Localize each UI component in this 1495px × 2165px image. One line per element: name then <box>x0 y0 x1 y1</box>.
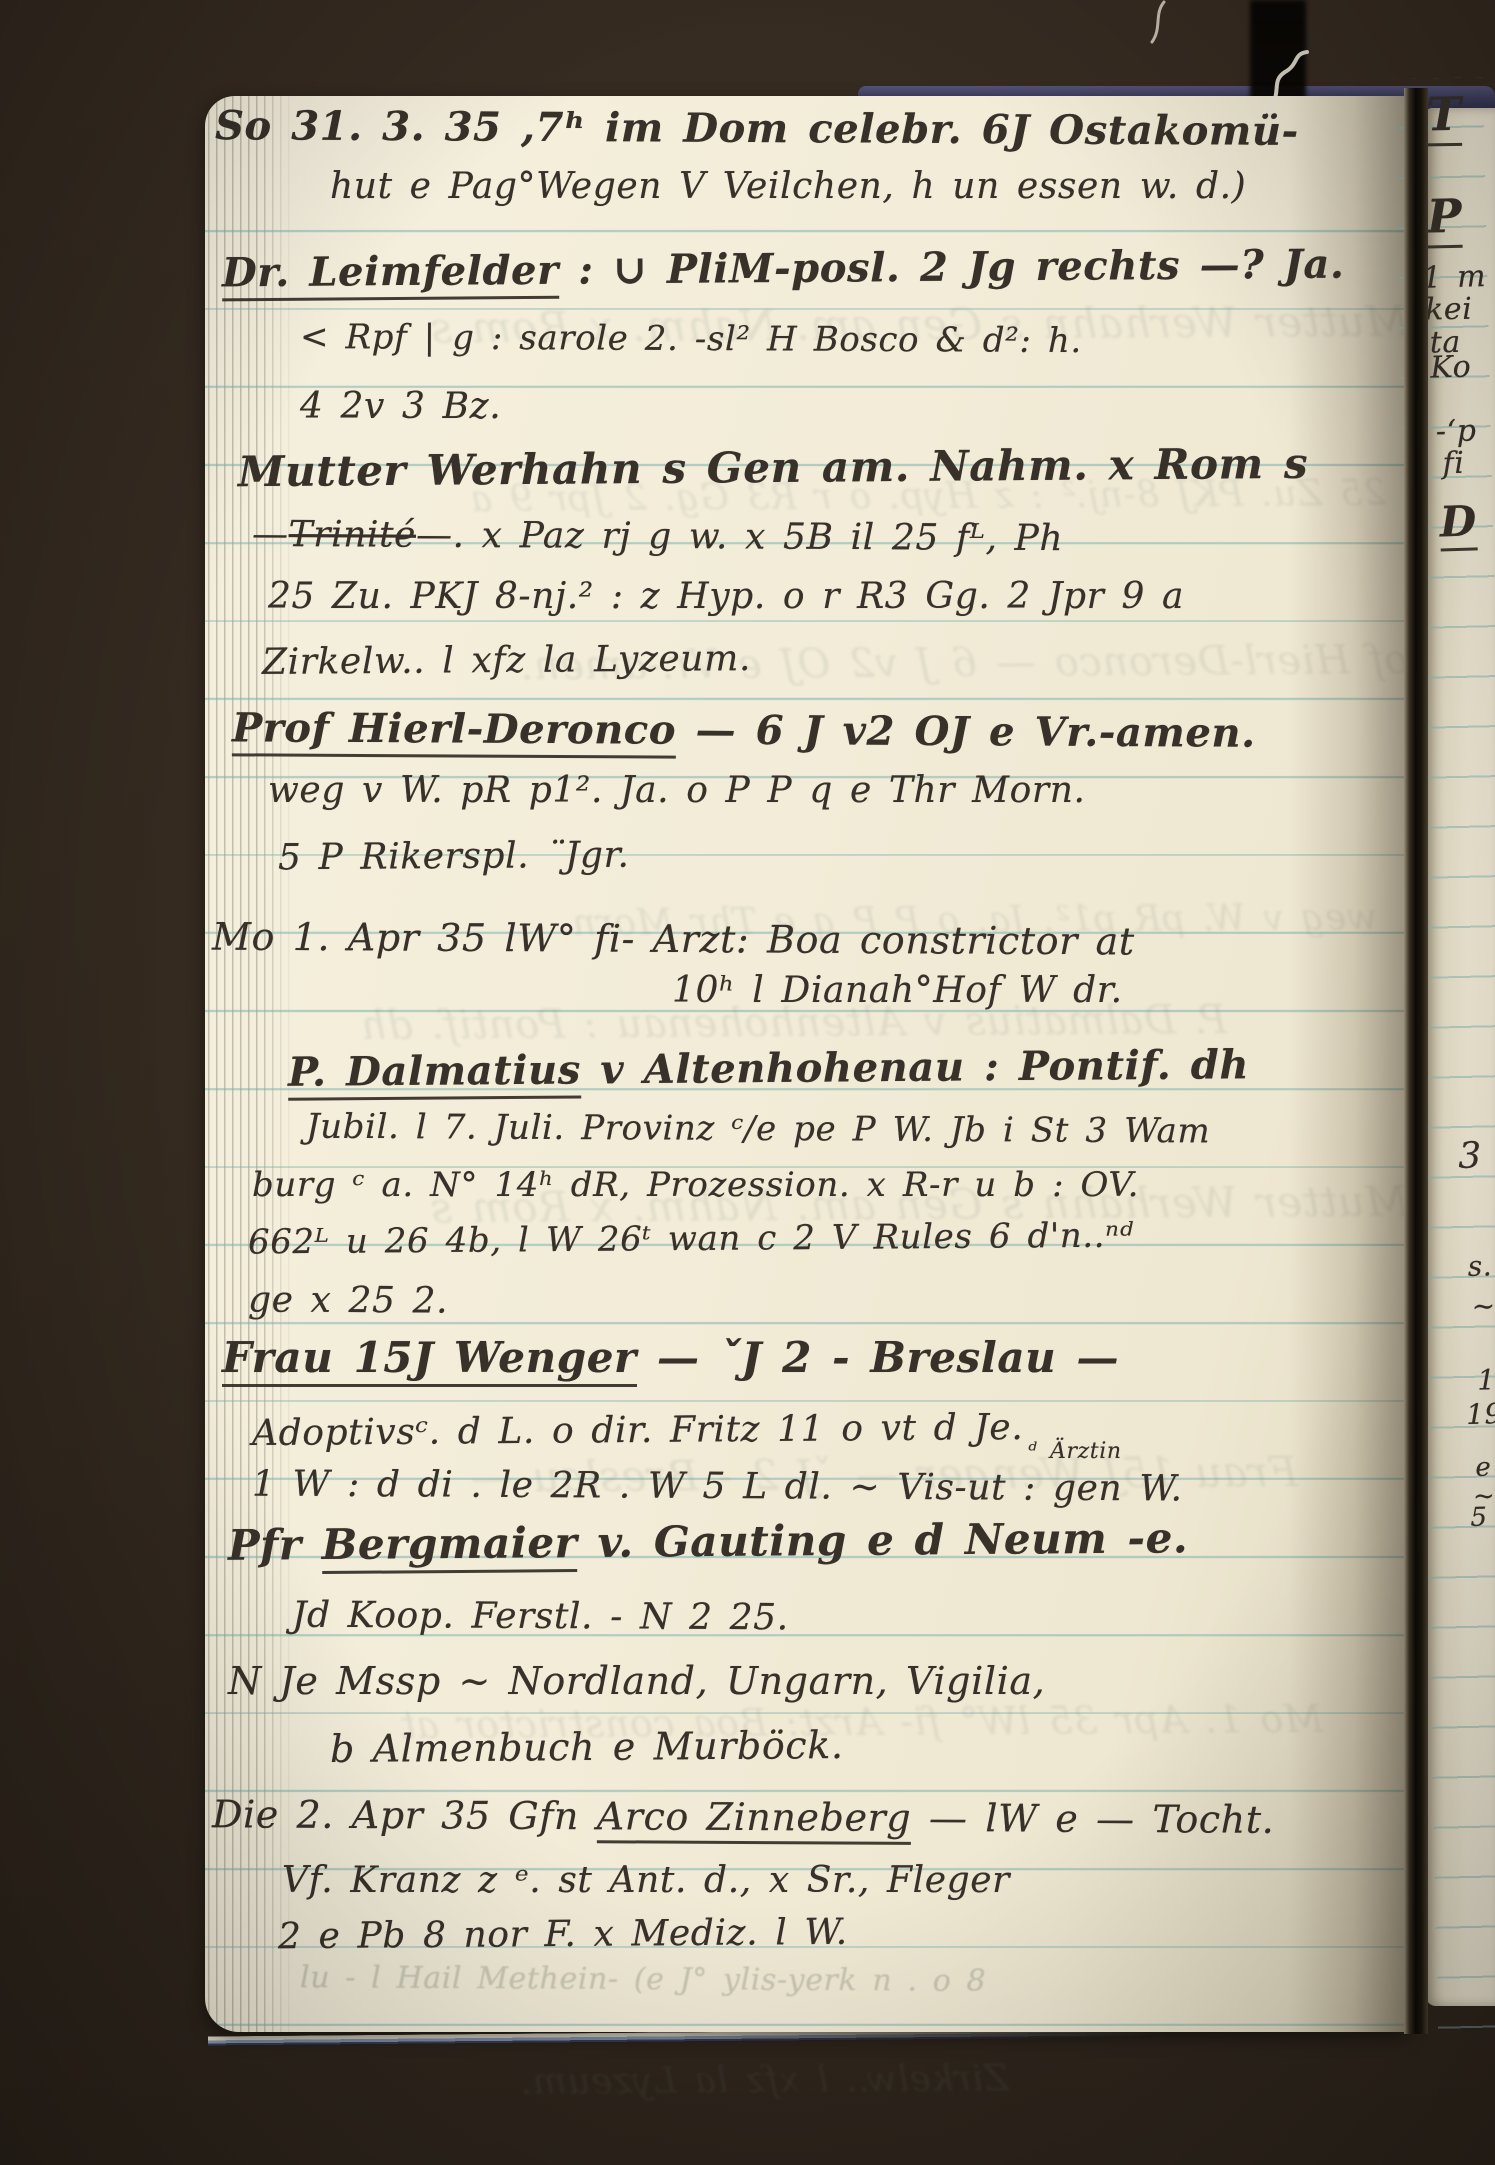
handwriting-text: v Altenhohenau : Pontif. dh <box>581 1041 1250 1093</box>
handwriting-text: 1 m <box>1422 259 1487 296</box>
handwriting-text: : ∪ PliM-posl. 2 Jg rechts —? Ja. <box>559 241 1345 294</box>
handwriting-text: weg v W. pR p1². Ja. o P P q e Thr Morn. <box>268 770 1086 811</box>
handwriting-line: burg ᶜ a. N° 14ʰ dR, Prozession. x R-r u… <box>252 1168 1139 1204</box>
handwriting-line: Mo 1. Apr 35 lW° fi- Arzt: Boa constrict… <box>212 918 1135 963</box>
handwriting-text: Jd Koop. Ferstl. - N 2 25. <box>292 1595 789 1639</box>
handwriting-line: Dr. Leimfelder : ∪ PliM-posl. 2 Jg recht… <box>222 244 1345 295</box>
handwriting-text: 2 e Pb 8 nor F. x Mediz. l W. <box>278 1912 848 1957</box>
page-gutter-shadow <box>1404 88 1428 2034</box>
handwriting-text: s. <box>1467 1249 1492 1283</box>
handwriting-line: Pfr Bergmaier v. Gauting e d Neum -e. <box>228 1516 1188 1568</box>
handwriting-text: Pfr <box>228 1520 322 1570</box>
facing-page-fragment: 1 m <box>1422 261 1487 294</box>
handwriting-text: Die 2. Apr 35 Gfn <box>212 1792 597 1838</box>
facing-page-fragment: s. <box>1467 1251 1492 1281</box>
handwriting-text: — <box>252 514 289 555</box>
handwriting-line: Zirkelw.. l xfz la Lyzeum. <box>262 640 751 682</box>
handwriting-line: Prof Hierl-Deronco — 6 J v2 OJ e Vr.-ame… <box>232 707 1256 754</box>
handwriting-text: hut e Pag°Wegen V Veilchen, h un essen w… <box>330 166 1246 207</box>
stacked-sheet-edges <box>205 96 299 2032</box>
facing-page-fragment: -ʻp <box>1436 416 1477 448</box>
handwriting-line: 10ʰ l Dianah°Hof W dr. <box>672 972 1123 1010</box>
facing-page-fragment: 5 r <box>1470 1504 1495 1532</box>
handwriting-text: v. Gauting e d Neum -e. <box>577 1513 1188 1567</box>
handwriting-line: N Je Mssp ~ Nordland, Ungarn, Vigilia, <box>228 1662 1045 1702</box>
handwriting-text: 5 P Rikerspl. ¨Jgr. <box>278 835 630 879</box>
handwriting-line: lu - l Hail Methein- (e J° ylis-yerk n .… <box>300 1962 986 1997</box>
facing-page-fragment: Ko <box>1430 351 1472 384</box>
underlined-name: Prof Hierl-Deronco <box>232 704 676 758</box>
handwriting-text: < Rpf | g : sarole 2. -sl² H Bosco & d²:… <box>300 317 1082 361</box>
handwriting-line: 1 W : d di . le 2R . W 5 L dl. ~ Vis-ut … <box>252 1466 1183 1509</box>
handwriting-text: 662ᴸ u 26 4b, l W 26ᵗ wan c 2 V Rules 6 … <box>248 1216 1134 1263</box>
handwriting-text: ge x 25 2. <box>248 1279 448 1321</box>
handwriting-text: Adoptivsᶜ. d L. o dir. Fritz 11 o vt d J… <box>252 1407 1024 1454</box>
page-curl-shadow <box>1288 96 1408 2032</box>
underlined-name: P <box>1426 189 1463 249</box>
facing-page-fragment: D <box>1439 499 1477 544</box>
handwriting-line: So 31. 3. 35 ,7ʰ im Dom celebr. 6J Ostak… <box>215 105 1299 153</box>
handwriting-text: — 6 J v2 OJ e Vr.-amen. <box>676 707 1256 757</box>
facing-page-fragment: T <box>1426 90 1462 139</box>
handwriting-line: Mutter Werhahn s Gen am. Nahm. x Rom s <box>238 442 1308 494</box>
facing-page-fragment: e n <box>1475 1454 1495 1483</box>
handwriting-text: kei <box>1425 292 1473 328</box>
facing-page-handwriting: TP1 mkeitaKo-ʻpfiD3 -s.~1019e n~15 r <box>1394 77 1483 79</box>
handwriting-text: Mutter Werhahn s Gen am. Nahm. x Rom s <box>238 439 1309 496</box>
handwriting-line: Jd Koop. Ferstl. - N 2 25. <box>292 1597 789 1637</box>
struck-word: Trinité <box>289 514 417 556</box>
handwriting-line: Jubil. l 7. Juli. Provinz ᶜ/e pe P W. Jb… <box>306 1110 1211 1150</box>
handwriting-text: — lW e — Tocht. <box>911 1796 1274 1842</box>
facing-page-sliver: TP1 mkeitaKo-ʻpfiD3 -s.~1019e n~15 r <box>1426 108 1495 2006</box>
underlined-name: D <box>1439 496 1478 551</box>
handwriting-text: ᵈ Ärztin <box>1028 1439 1122 1464</box>
handwriting-text: 19 <box>1466 1397 1495 1431</box>
handwriting-line: ge x 25 2. <box>248 1281 448 1320</box>
handwriting-line: 2 e Pb 8 nor F. x Mediz. l W. <box>278 1914 848 1956</box>
handwriting-text: —. x Paz rj g w. x 5B il 25 fᴸ, Ph <box>416 515 1063 559</box>
facing-page-fragment: 10 <box>1477 1365 1495 1395</box>
handwriting-text: 25 Zu. PKJ 8-nj.² : z Hyp. o r R3 Gg. 2 … <box>268 576 1184 617</box>
handwriting-text: b Almenbuch e Murböck. <box>330 1723 844 1771</box>
handwriting-line: hut e Pag°Wegen V Veilchen, h un essen w… <box>330 168 1246 206</box>
handwriting-text: 4 2v 3 Bz. <box>300 386 501 427</box>
underlined-name: T <box>1426 87 1462 147</box>
handwriting-text: — ˇJ 2 - Breslau — <box>637 1333 1119 1382</box>
handwriting-line: Vf. Kranz z ᵉ. st Ant. d., x Sr., Fleger <box>282 1862 1010 1900</box>
facing-page-fragment: ~ <box>1471 1291 1495 1321</box>
handwriting-text: So 31. 3. 35 ,7ʰ im Dom celebr. 6J Ostak… <box>215 102 1299 155</box>
handwriting-line: < Rpf | g : sarole 2. -sl² H Bosco & d²:… <box>300 320 1082 360</box>
handwriting-text: ~ <box>1471 1289 1495 1323</box>
handwriting-line: —Trinité—. x Paz rj g w. x 5B il 25 fᴸ, … <box>252 516 1063 558</box>
handwriting-line: P. Dalmatius v Altenhohenau : Pontif. dh <box>288 1044 1249 1094</box>
handwriting-text: Vf. Kranz z ᵉ. st Ant. d., x Sr., Fleger <box>282 1860 1010 1901</box>
handwriting-text: fi <box>1442 446 1465 481</box>
facing-page-fragment: fi <box>1442 448 1465 480</box>
underlined-name: P. Dalmatius <box>288 1046 581 1100</box>
handwriting-text: 3 - <box>1458 1135 1495 1177</box>
underlined-name: Arco Zinneberg <box>597 1794 912 1845</box>
handwriting-line: 25 Zu. PKJ 8-nj.² : z Hyp. o r R3 Gg. 2 … <box>268 578 1184 616</box>
handwriting-line: b Almenbuch e Murböck. <box>330 1726 844 1770</box>
handwriting-line: 4 2v 3 Bz. <box>300 388 501 426</box>
handwriting-text: Ko <box>1430 349 1472 385</box>
notebook-page: Mutter Werhahn s Gen am. Nahm. x Rom s25… <box>205 96 1408 2032</box>
handwriting-line: Adoptivsᶜ. d L. o dir. Fritz 11 o vt d J… <box>252 1409 1024 1453</box>
handwriting-text: 1 W : d di . le 2R . W 5 L dl. ~ Vis-ut … <box>252 1464 1183 1510</box>
handwriting-line: Die 2. Apr 35 Gfn Arco Zinneberg — lW e … <box>212 1795 1275 1840</box>
facing-page-fragment: 19 <box>1466 1399 1495 1429</box>
handwriting-text: 10ʰ l Dianah°Hof W dr. <box>672 970 1123 1011</box>
handwriting-text: 10 <box>1477 1363 1495 1397</box>
thread-fiber <box>1255 48 1325 118</box>
handwriting-line: Frau 15J Wenger — ˇJ 2 - Breslau — <box>222 1336 1119 1380</box>
handwriting-text: 5 r <box>1470 1502 1495 1533</box>
handwriting-line: weg v W. pR p1². Ja. o P P q e Thr Morn. <box>268 772 1086 810</box>
handwriting-line: 5 P Rikerspl. ¨Jgr. <box>278 837 630 878</box>
handwriting-text: N Je Mssp ~ Nordland, Ungarn, Vigilia, <box>228 1659 1045 1703</box>
facing-page-fragment: 3 - <box>1458 1137 1495 1176</box>
underlined-name: Bergmaier <box>322 1518 578 1574</box>
scanned-diary-photo: { "document": { "kind": "handwritten dia… <box>0 0 1495 2165</box>
handwriting-text: Zirkelw.. l xfz la Lyzeum. <box>262 638 751 683</box>
handwriting-text: Mo 1. Apr 35 lW° fi- Arzt: Boa constrict… <box>212 915 1135 964</box>
bleedthrough-line: Zirkelw.. l xfz la Lyzeum. <box>520 2058 1009 2102</box>
handwriting-text: lu - l Hail Methein- (e J° ylis-yerk n .… <box>300 1960 986 1999</box>
underlined-name: Dr. Leimfelder <box>222 247 559 302</box>
handwriting-text: -ʻp <box>1436 414 1477 450</box>
handwriting-line: 662ᴸ u 26 4b, l W 26ᵗ wan c 2 V Rules 6 … <box>248 1219 1134 1262</box>
handwriting-text: burg ᶜ a. N° 14ʰ dR, Prozession. x R-r u… <box>252 1165 1139 1205</box>
facing-page-fragment: P <box>1426 192 1462 241</box>
facing-page-fragment: kei <box>1425 294 1473 326</box>
handwriting-line: ᵈ Ärztin <box>1028 1440 1122 1463</box>
underlined-name: Frau 15J Wenger <box>222 1333 637 1387</box>
thread-fiber-small <box>1142 0 1172 44</box>
handwriting-text: e n <box>1475 1452 1495 1483</box>
handwriting-text: Jubil. l 7. Juli. Provinz ᶜ/e pe P W. Jb… <box>306 1107 1211 1152</box>
